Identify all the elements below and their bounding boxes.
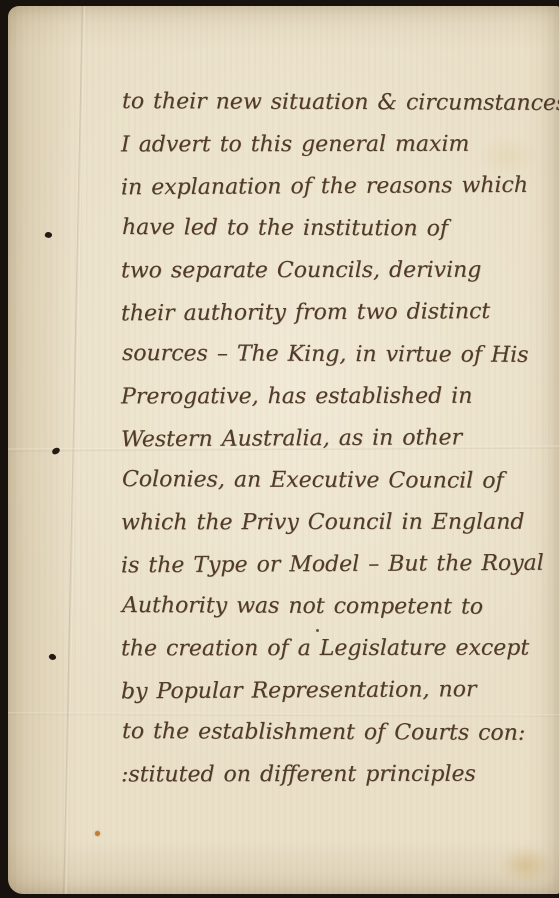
manuscript-line: sources – The King, in virtue of His	[122, 333, 559, 377]
manuscript-line: is the Type or Model – But the Royal	[121, 543, 559, 588]
manuscript-line: I advert to this general maxim	[121, 124, 559, 167]
manuscript-line: in explanation of the reasons which	[121, 165, 559, 210]
manuscript-line: Authority was not competent to	[122, 585, 559, 629]
manuscript-line: two separate Councils, deriving	[121, 250, 559, 293]
manuscript-line: Colonies, an Executive Council of	[122, 459, 559, 503]
manuscript-line: Prerogative, has established in	[121, 376, 559, 419]
foxing-spot	[95, 831, 100, 836]
manuscript-line: Western Australia, as in other	[121, 417, 559, 462]
manuscript-line: to their new situation & circumstances.	[122, 81, 559, 125]
handwritten-text-block: to their new situation & circumstances. …	[121, 82, 559, 796]
manuscript-line: by Popular Representation, nor	[121, 669, 559, 714]
manuscript-line: have led to the institution of	[122, 207, 559, 251]
photo-background: to their new situation & circumstances. …	[0, 0, 559, 898]
manuscript-line: to the establishment of Courts con:	[122, 711, 559, 755]
paper-stain	[500, 846, 552, 884]
paper-sheet: to their new situation & circumstances. …	[8, 6, 559, 894]
ink-speck	[316, 629, 319, 632]
manuscript-line: the creation of a Legislature except	[121, 628, 559, 671]
manuscript-line: which the Privy Council in England	[121, 502, 559, 545]
manuscript-line: their authority from two distinct	[121, 291, 559, 336]
manuscript-line: :stituted on different principles	[121, 754, 559, 797]
